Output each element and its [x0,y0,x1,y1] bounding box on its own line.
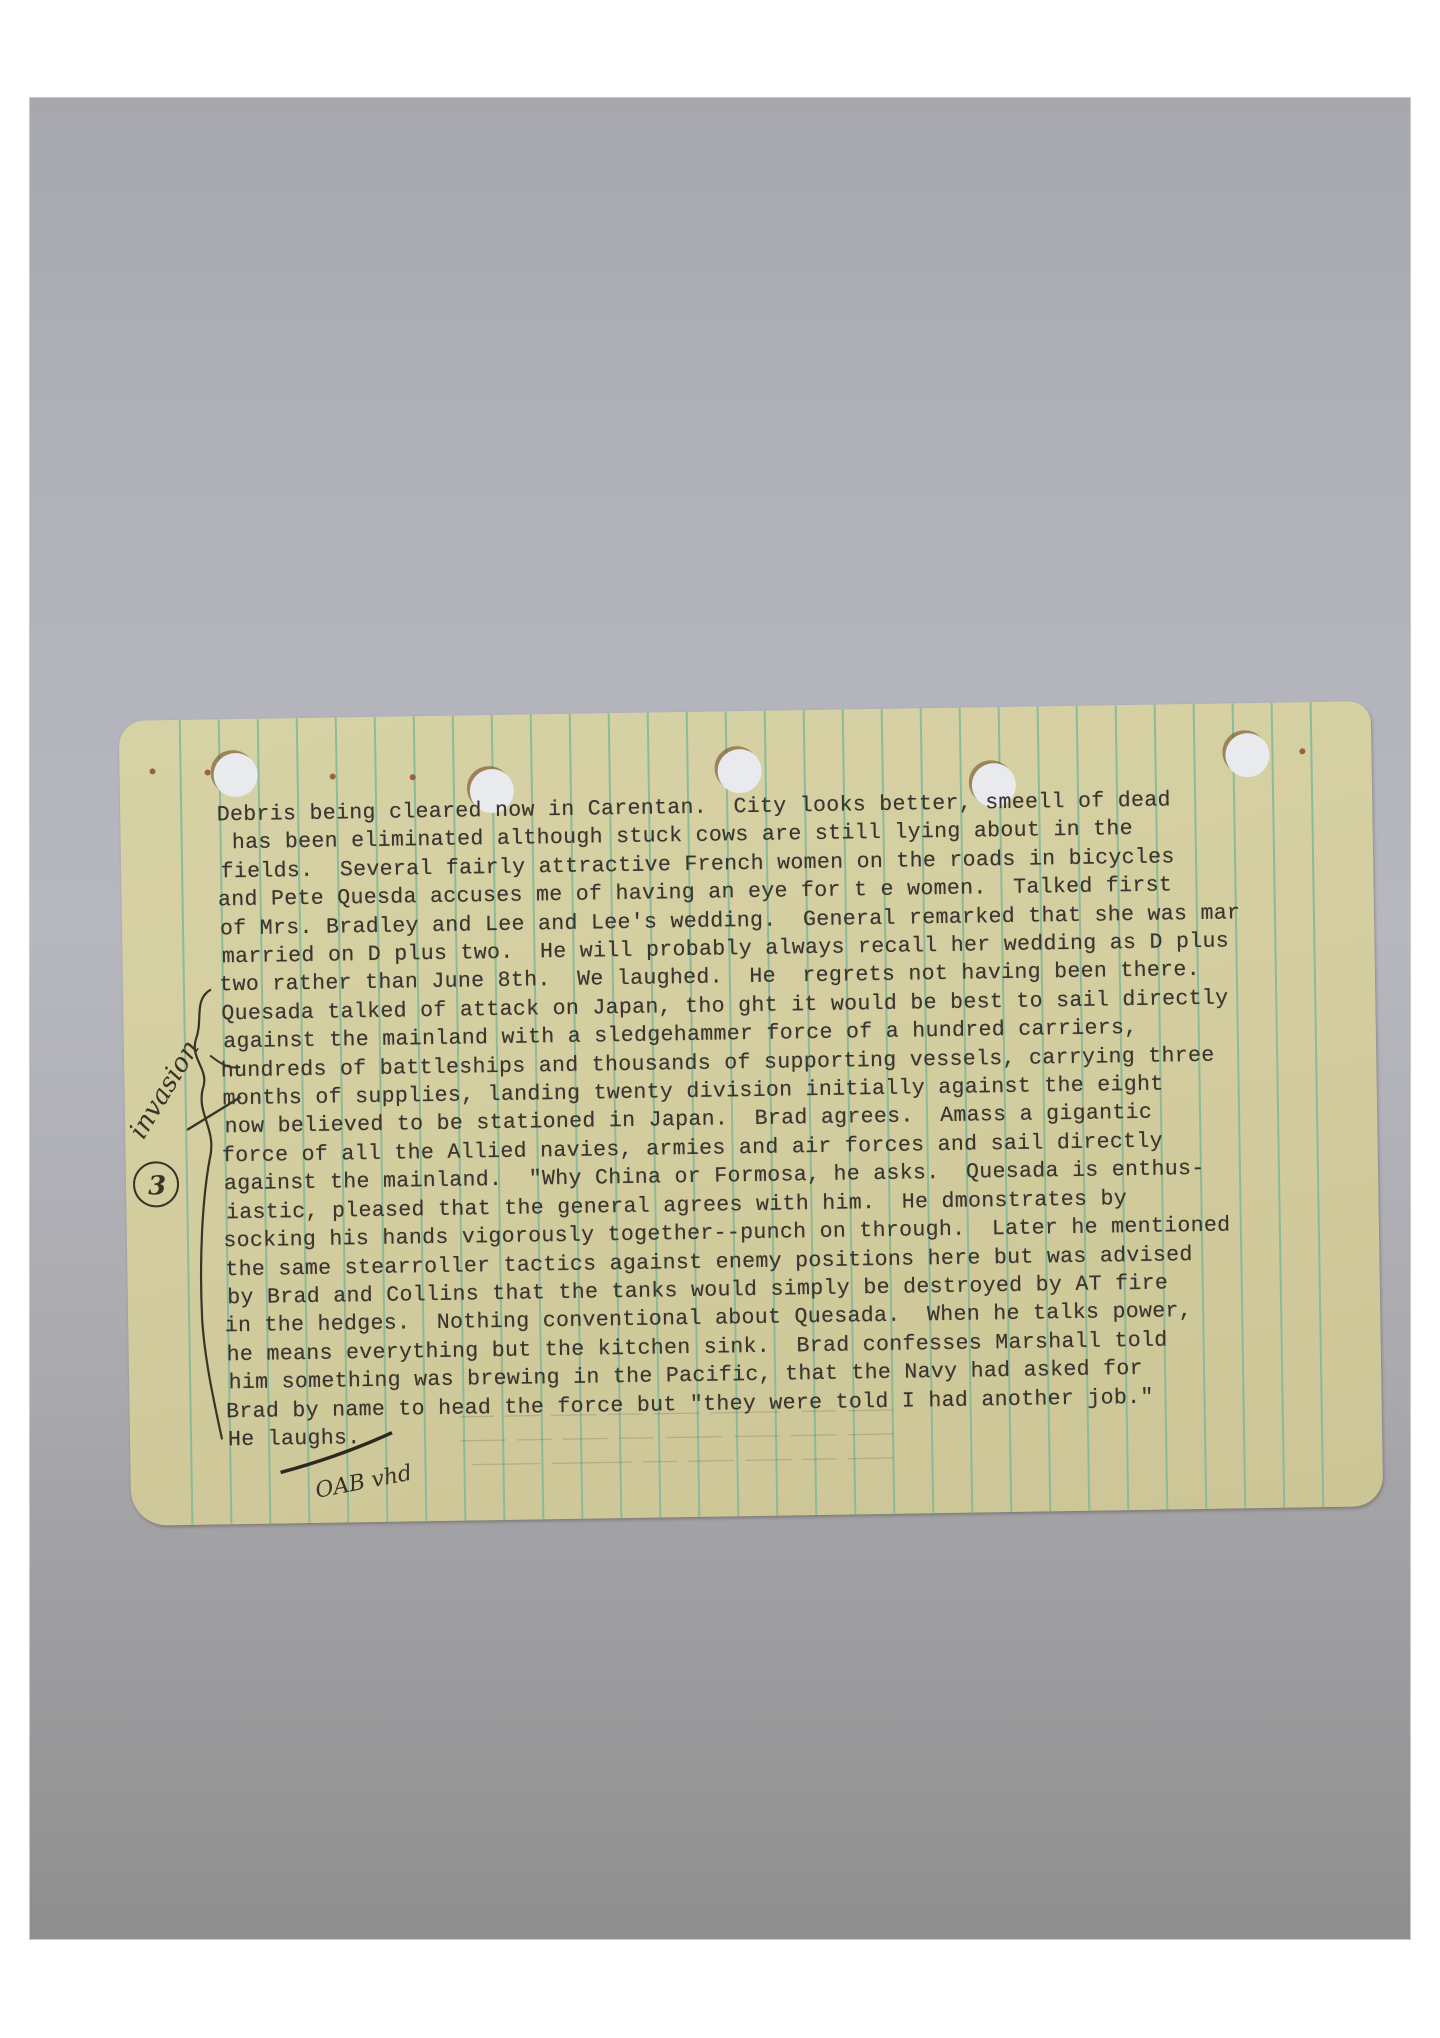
rust-spot [150,768,156,774]
rust-spot [410,774,416,780]
punch-hole [213,753,258,798]
index-card: ──── ─── ────── ──── ─── ──── ─── ─── ──… [119,701,1383,1526]
typed-text: Debris being cleared now in Carentan. Ci… [218,784,1358,1455]
initials-note: OAB vhd [313,1461,414,1504]
rust-spot [1299,748,1305,754]
rust-spot [330,773,336,779]
punch-hole [1225,733,1270,778]
margin-bracket-mark [194,989,222,1439]
circled-number-ring [134,1162,179,1207]
rule-line [179,720,194,1525]
rust-spot [205,769,211,775]
photo-backdrop: ──── ─── ────── ──── ─── ──── ─── ─── ──… [29,97,1411,1940]
margin-note-text: invasion [124,1035,206,1144]
circled-number: 3 [148,1171,167,1201]
punch-hole [717,749,762,794]
